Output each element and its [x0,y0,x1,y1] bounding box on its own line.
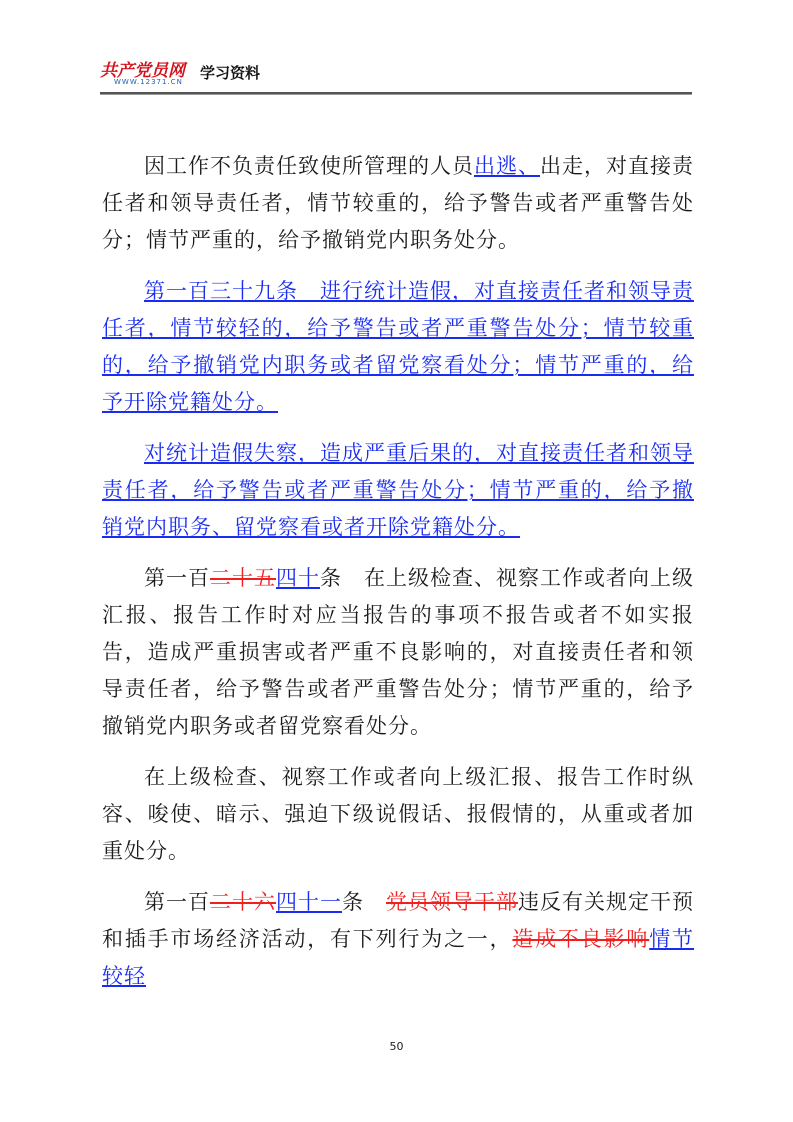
header-divider [100,92,692,95]
header-title: 学习资料 [200,62,260,83]
paragraph: 对统计造假失察，造成严重后果的，对直接责任者和领导责任者，给予警告或者严重警告处… [102,435,694,546]
text-normal: 因工作不负责任致使所管理的人员 [144,154,474,178]
article-number-inserted: 第一百三十九条 [144,279,298,303]
text-normal: 在上级检查、视察工作或者向上级汇报、报告工作时纵容、唆使、暗示、强迫下级说假话、… [102,765,694,863]
text-inserted: 出逃、 [474,154,540,178]
paragraph: 第一百三十九条 进行统计造假，对直接责任者和领导责任者，情节较轻的，给予警告或者… [102,273,694,421]
paragraph: 因工作不负责任致使所管理的人员出逃、出走，对直接责任者和领导责任者，情节较重的，… [102,148,694,259]
text-inserted: 对统计造假失察，造成严重后果的，对直接责任者和领导责任者，给予警告或者严重警告处… [102,441,694,539]
text-normal: 条 [342,890,386,914]
document-body: 因工作不负责任致使所管理的人员出逃、出走，对直接责任者和领导责任者，情节较重的，… [102,148,694,1009]
paragraph: 在上级检查、视察工作或者向上级汇报、报告工作时纵容、唆使、暗示、强迫下级说假话、… [102,759,694,870]
text-deleted: 党员领导干部 [386,890,518,914]
text-normal: 第一百 [144,566,210,590]
text-inserted: 四十一 [276,890,342,914]
page-number: 50 [0,1040,793,1053]
paragraph: 第一百二十六四十一条 党员领导干部违反有关规定干预和插手市场经济活动，有下列行为… [102,884,694,995]
text-deleted: 造成不良影响 [512,927,649,951]
text-normal: 第一百 [144,890,210,914]
page-header: 共产党员网 WWW.12371.CN 学习资料 [100,56,692,96]
paragraph: 第一百二十五四十条 在上级检查、视察工作或者向上级汇报、报告工作时对应当报告的事… [102,560,694,745]
logo-url: WWW.12371.CN [114,78,183,86]
text-inserted: 四十 [276,566,320,590]
text-deleted: 二十六 [210,890,276,914]
text-normal: 条 在上级检查、视察工作或者向上级汇报、报告工作时对应当报告的事项不报告或者不如… [102,566,694,738]
text-deleted: 二十五 [210,566,276,590]
